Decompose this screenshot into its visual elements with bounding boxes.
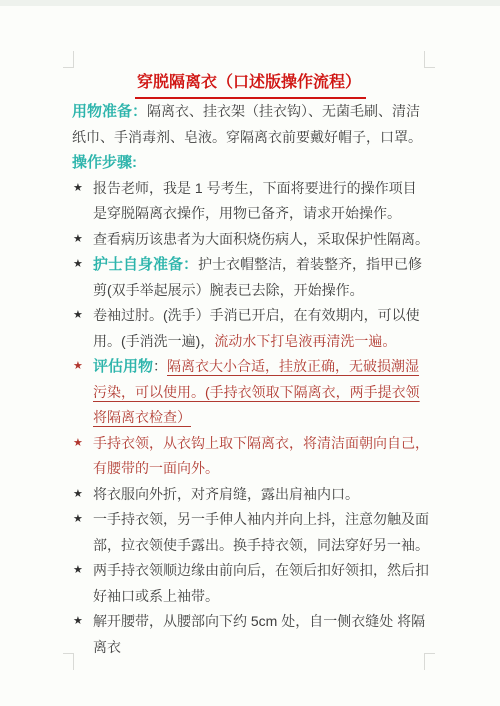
step-text-segment: 解开腰带，从腰部向下约 5cm 处，自一侧衣缝处 将隔离衣 bbox=[93, 613, 425, 655]
step-text-segment: 护士自身准备： bbox=[93, 256, 198, 273]
page-title-text: 穿脱隔离衣（口述版操作流程） bbox=[135, 70, 366, 99]
step-item: ★评估用物：隔离衣大小合适，挂放正确，无破损潮湿污染，可以使用。(手持衣领取下隔… bbox=[72, 354, 429, 431]
materials-label: 用物准备： bbox=[72, 103, 147, 120]
star-bullet-icon: ★ bbox=[73, 354, 83, 380]
step-text-segment: 报告老师，我是 1 号考生，下面将要进行的操作项目是穿脱隔离衣操作，用物已备齐，… bbox=[93, 180, 417, 222]
star-bullet-icon: ★ bbox=[73, 609, 83, 635]
step-item: ★将衣服向外折，对齐肩缝，露出肩袖内口。 bbox=[72, 482, 429, 508]
star-bullet-icon: ★ bbox=[73, 431, 83, 457]
document-page: { "document": { "title": "穿脱隔离衣（口述版操作流程）… bbox=[0, 0, 500, 706]
step-item: ★手持衣领，从衣钩上取下隔离衣，将清洁面朝向自己，有腰带的一面向外。 bbox=[72, 431, 429, 482]
star-bullet-icon: ★ bbox=[73, 558, 83, 584]
step-text-segment: 评估用物 bbox=[93, 358, 153, 375]
page-margin-corner-top-left bbox=[63, 51, 74, 68]
step-text-segment: 一手持衣领，另一手伸人袖内并向上抖，注意勿触及面部，拉衣领使手露出。换手持衣领，… bbox=[93, 511, 429, 553]
step-item: ★报告老师，我是 1 号考生，下面将要进行的操作项目是穿脱隔离衣操作，用物已备齐… bbox=[72, 176, 429, 227]
materials-paragraph: 用物准备：隔离衣、挂衣架（挂衣钩）、无菌毛刷、清洁纸巾、手消毒剂、皂液。穿隔离衣… bbox=[72, 99, 429, 150]
steps-heading: 操作步骤: bbox=[72, 150, 429, 176]
page-top-shadow bbox=[0, 0, 500, 6]
step-text-segment: ： bbox=[153, 358, 167, 374]
step-text-segment: 手持衣领，从衣钩上取下隔离衣，将清洁面朝向自己，有腰带的一面向外。 bbox=[93, 435, 429, 477]
step-item: ★卷袖过肘。(洗手）手消已开启，在有效期内，可以使用。(手消洗一遍)，流动水下打… bbox=[72, 303, 429, 354]
step-item: ★两手持衣领顺边缘由前向后，在领后扣好领扣，然后扣好袖口或系上袖带。 bbox=[72, 558, 429, 609]
page-margin-corner-top-right bbox=[424, 51, 435, 68]
star-bullet-icon: ★ bbox=[73, 227, 83, 253]
step-item: ★一手持衣领，另一手伸人袖内并向上抖，注意勿触及面部，拉衣领使手露出。换手持衣领… bbox=[72, 507, 429, 558]
star-bullet-icon: ★ bbox=[73, 176, 83, 202]
step-item: ★解开腰带，从腰部向下约 5cm 处，自一侧衣缝处 将隔离衣 bbox=[72, 609, 429, 660]
document-content: 穿脱隔离衣（口述版操作流程） 用物准备：隔离衣、挂衣架（挂衣钩）、无菌毛刷、清洁… bbox=[72, 70, 429, 660]
step-item: ★护士自身准备：护士衣帽整洁，着装整齐，指甲已修剪(双手举起展示）腕表已去除，开… bbox=[72, 252, 429, 303]
step-text-segment: 两手持衣领顺边缘由前向后，在领后扣好领扣，然后扣好袖口或系上袖带。 bbox=[93, 562, 429, 604]
star-bullet-icon: ★ bbox=[73, 252, 83, 278]
page-title: 穿脱隔离衣（口述版操作流程） bbox=[72, 70, 429, 99]
step-item: ★查看病历该患者为大面积烧伤病人，采取保护性隔离。 bbox=[72, 227, 429, 253]
step-text-segment: 查看病历该患者为大面积烧伤病人，采取保护性隔离。 bbox=[93, 231, 429, 247]
star-bullet-icon: ★ bbox=[73, 303, 83, 329]
star-bullet-icon: ★ bbox=[73, 507, 83, 533]
step-text-segment: 将衣服向外折，对齐肩缝，露出肩袖内口。 bbox=[93, 486, 359, 502]
steps-list: ★报告老师，我是 1 号考生，下面将要进行的操作项目是穿脱隔离衣操作，用物已备齐… bbox=[72, 176, 429, 661]
star-bullet-icon: ★ bbox=[73, 482, 83, 508]
step-text-segment: 流动水下打皂液再清洗一遍。 bbox=[214, 333, 396, 349]
